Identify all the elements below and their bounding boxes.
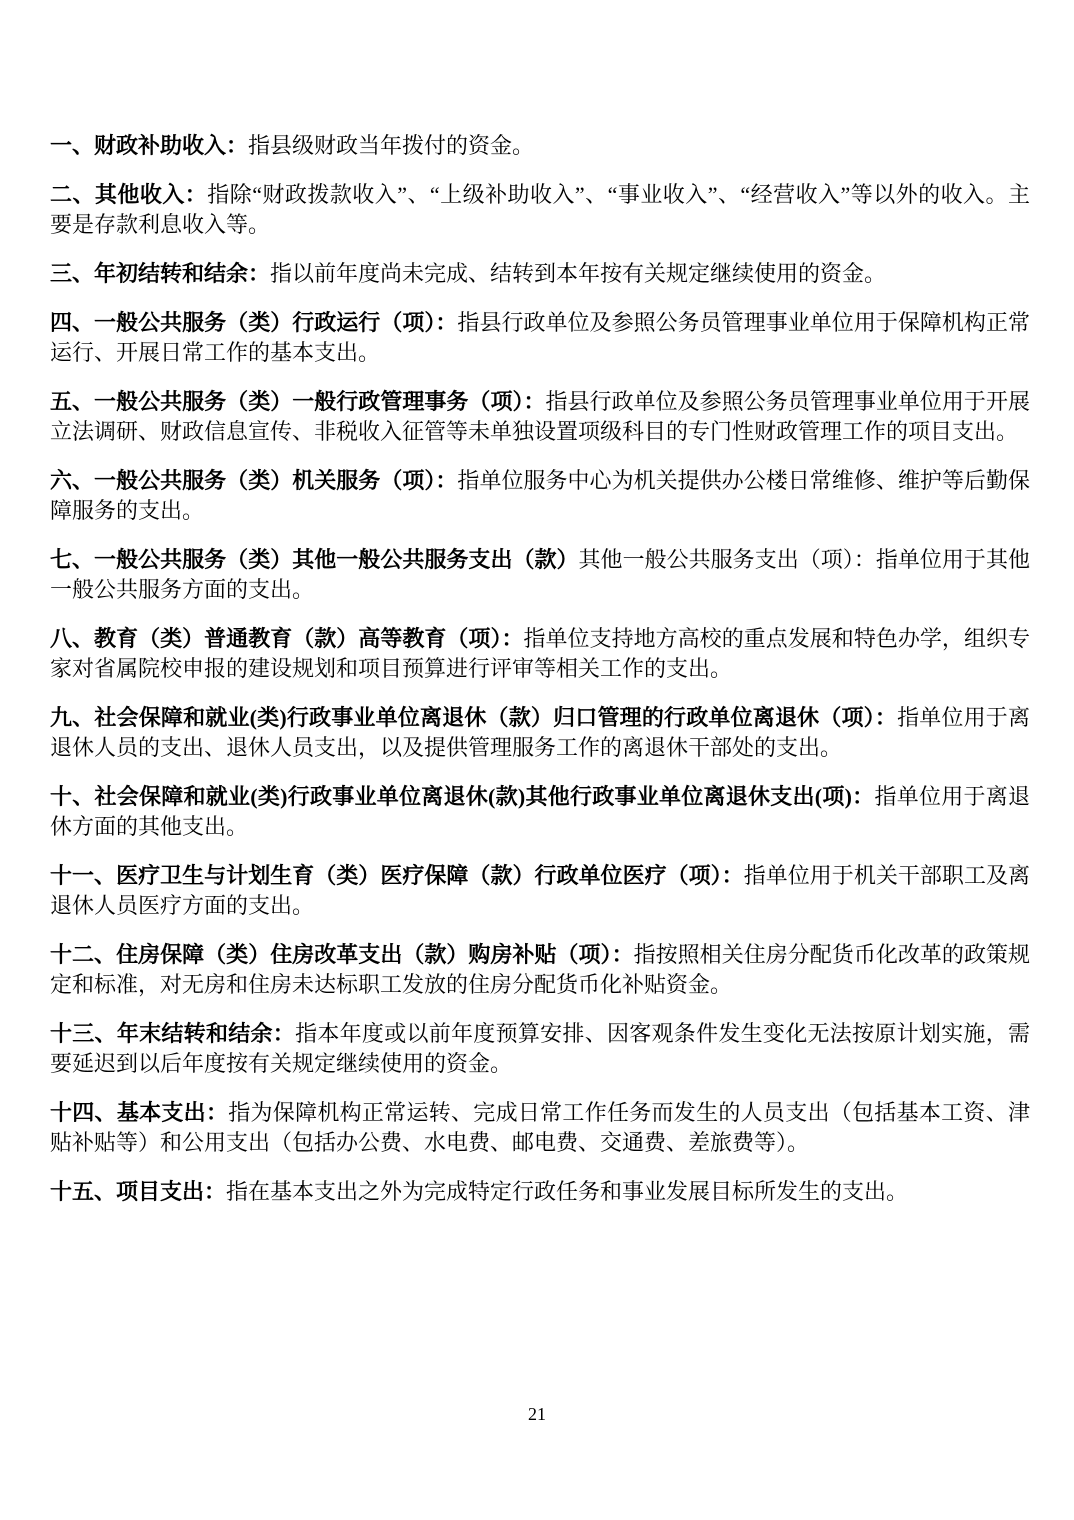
definition-item: 十、社会保障和就业(类)行政事业单位离退休(款)其他行政事业单位离退休支出(项)…	[50, 782, 1030, 842]
definitions-list: 一、财政补助收入：指县级财政当年拨付的资金。 二、其他收入：指除“财政拨款收入”…	[50, 131, 1030, 1207]
definition-term: 十二、住房保障（类）住房改革支出（款）购房补贴（项）：	[50, 942, 634, 967]
definition-term: 九、社会保障和就业(类)行政事业单位离退休（款）归口管理的行政单位离退休（项）：	[50, 705, 897, 730]
definition-item: 五、一般公共服务（类）一般行政管理事务（项）：指县行政单位及参照公务员管理事业单…	[50, 387, 1030, 447]
definition-item: 十五、项目支出：指在基本支出之外为完成特定行政任务和事业发展目标所发生的支出。	[50, 1177, 1030, 1207]
definition-term: 十三、年末结转和结余：	[50, 1021, 295, 1046]
definition-term: 十五、项目支出：	[50, 1179, 226, 1204]
definition-item: 二、其他收入：指除“财政拨款收入”、“上级补助收入”、“事业收入”、“经营收入”…	[50, 180, 1030, 240]
definition-text: 指县级财政当年拨付的资金。	[248, 133, 534, 158]
definition-item: 八、教育（类）普通教育（款）高等教育（项）：指单位支持地方高校的重点发展和特色办…	[50, 624, 1030, 684]
page-number: 21	[0, 1402, 1074, 1426]
definition-item: 三、年初结转和结余：指以前年度尚未完成、结转到本年按有关规定继续使用的资金。	[50, 259, 1030, 289]
definition-term: 八、教育（类）普通教育（款）高等教育（项）：	[50, 626, 524, 651]
definition-item: 一、财政补助收入：指县级财政当年拨付的资金。	[50, 131, 1030, 161]
definition-item: 七、一般公共服务（类）其他一般公共服务支出（款）其他一般公共服务支出（项）：指单…	[50, 545, 1030, 605]
definition-item: 十三、年末结转和结余：指本年度或以前年度预算安排、因客观条件发生变化无法按原计划…	[50, 1019, 1030, 1079]
definition-item: 十二、住房保障（类）住房改革支出（款）购房补贴（项）：指按照相关住房分配货币化改…	[50, 940, 1030, 1000]
definition-term: 十四、基本支出：	[50, 1100, 228, 1125]
definition-item: 六、一般公共服务（类）机关服务（项）：指单位服务中心为机关提供办公楼日常维修、维…	[50, 466, 1030, 526]
document-page: 一、财政补助收入：指县级财政当年拨付的资金。 二、其他收入：指除“财政拨款收入”…	[0, 0, 1074, 1520]
definition-text: 指在基本支出之外为完成特定行政任务和事业发展目标所发生的支出。	[226, 1179, 908, 1204]
definition-term: 三、年初结转和结余：	[50, 261, 270, 286]
definition-text: 指以前年度尚未完成、结转到本年按有关规定继续使用的资金。	[270, 261, 886, 286]
definition-term: 六、一般公共服务（类）机关服务（项）：	[50, 468, 457, 493]
definition-term: 七、一般公共服务（类）其他一般公共服务支出（款）	[50, 547, 579, 572]
definition-item: 四、一般公共服务（类）行政运行（项）：指县行政单位及参照公务员管理事业单位用于保…	[50, 308, 1030, 368]
definition-term: 二、其他收入：	[50, 182, 207, 207]
definition-item: 十四、基本支出：指为保障机构正常运转、完成日常工作任务而发生的人员支出（包括基本…	[50, 1098, 1030, 1158]
definition-term: 四、一般公共服务（类）行政运行（项）：	[50, 310, 457, 335]
definition-term: 十一、医疗卫生与计划生育（类）医疗保障（款）行政单位医疗（项）：	[50, 863, 744, 888]
definition-term: 一、财政补助收入：	[50, 133, 248, 158]
definition-item: 十一、医疗卫生与计划生育（类）医疗保障（款）行政单位医疗（项）：指单位用于机关干…	[50, 861, 1030, 921]
definition-term: 十、社会保障和就业(类)行政事业单位离退休(款)其他行政事业单位离退休支出(项)…	[50, 784, 874, 809]
definition-term: 五、一般公共服务（类）一般行政管理事务（项）：	[50, 389, 546, 414]
definition-item: 九、社会保障和就业(类)行政事业单位离退休（款）归口管理的行政单位离退休（项）：…	[50, 703, 1030, 763]
